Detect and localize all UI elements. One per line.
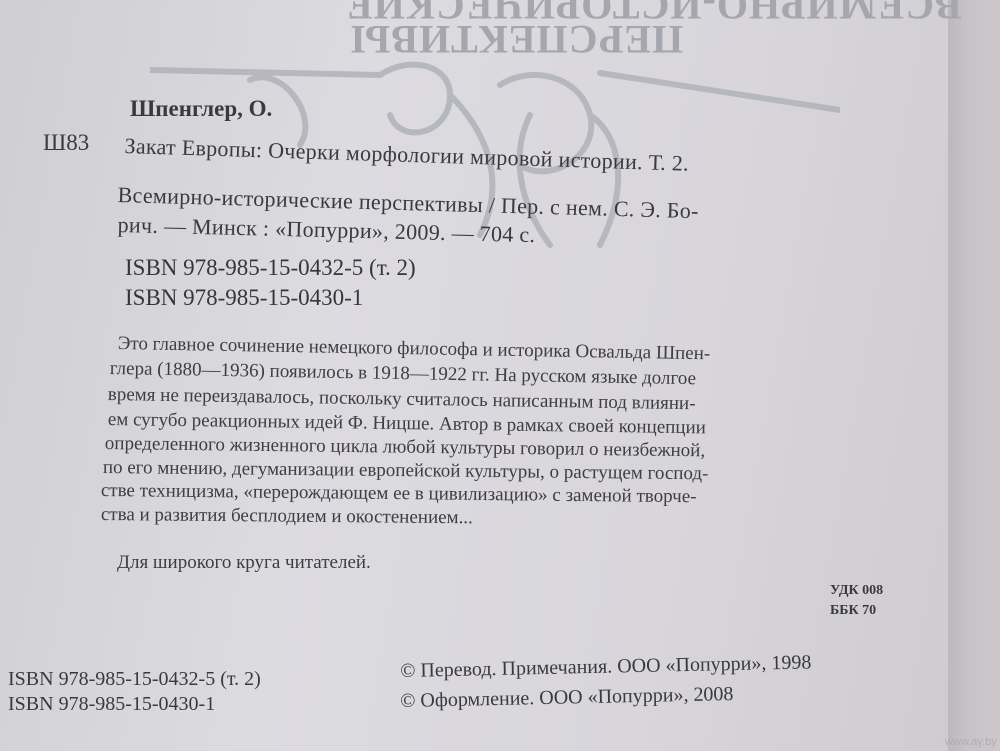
annotation-line: ства и развития бесплодием и окостенение… [101,504,473,529]
footer-isbn-volume: ISBN 978-985-15-0432-5 (т. 2) [8,668,261,691]
page-edge [948,0,1000,751]
author-code: Ш83 [43,130,89,156]
udk-code: УДК 008 [830,583,883,599]
bbk-code: ББК 70 [830,603,876,619]
author-name: Шпенглер, О. [130,96,272,122]
footer-isbn-set: ISBN 978-985-15-0430-1 [8,693,215,716]
isbn-volume: ISBN 978-985-15-0432-5 (т. 2) [125,255,416,281]
audience-note: Для широкого круга читателей. [117,552,371,574]
watermark: www.ay.by [945,736,997,748]
isbn-set: ISBN 978-985-15-0430-1 [125,285,363,311]
